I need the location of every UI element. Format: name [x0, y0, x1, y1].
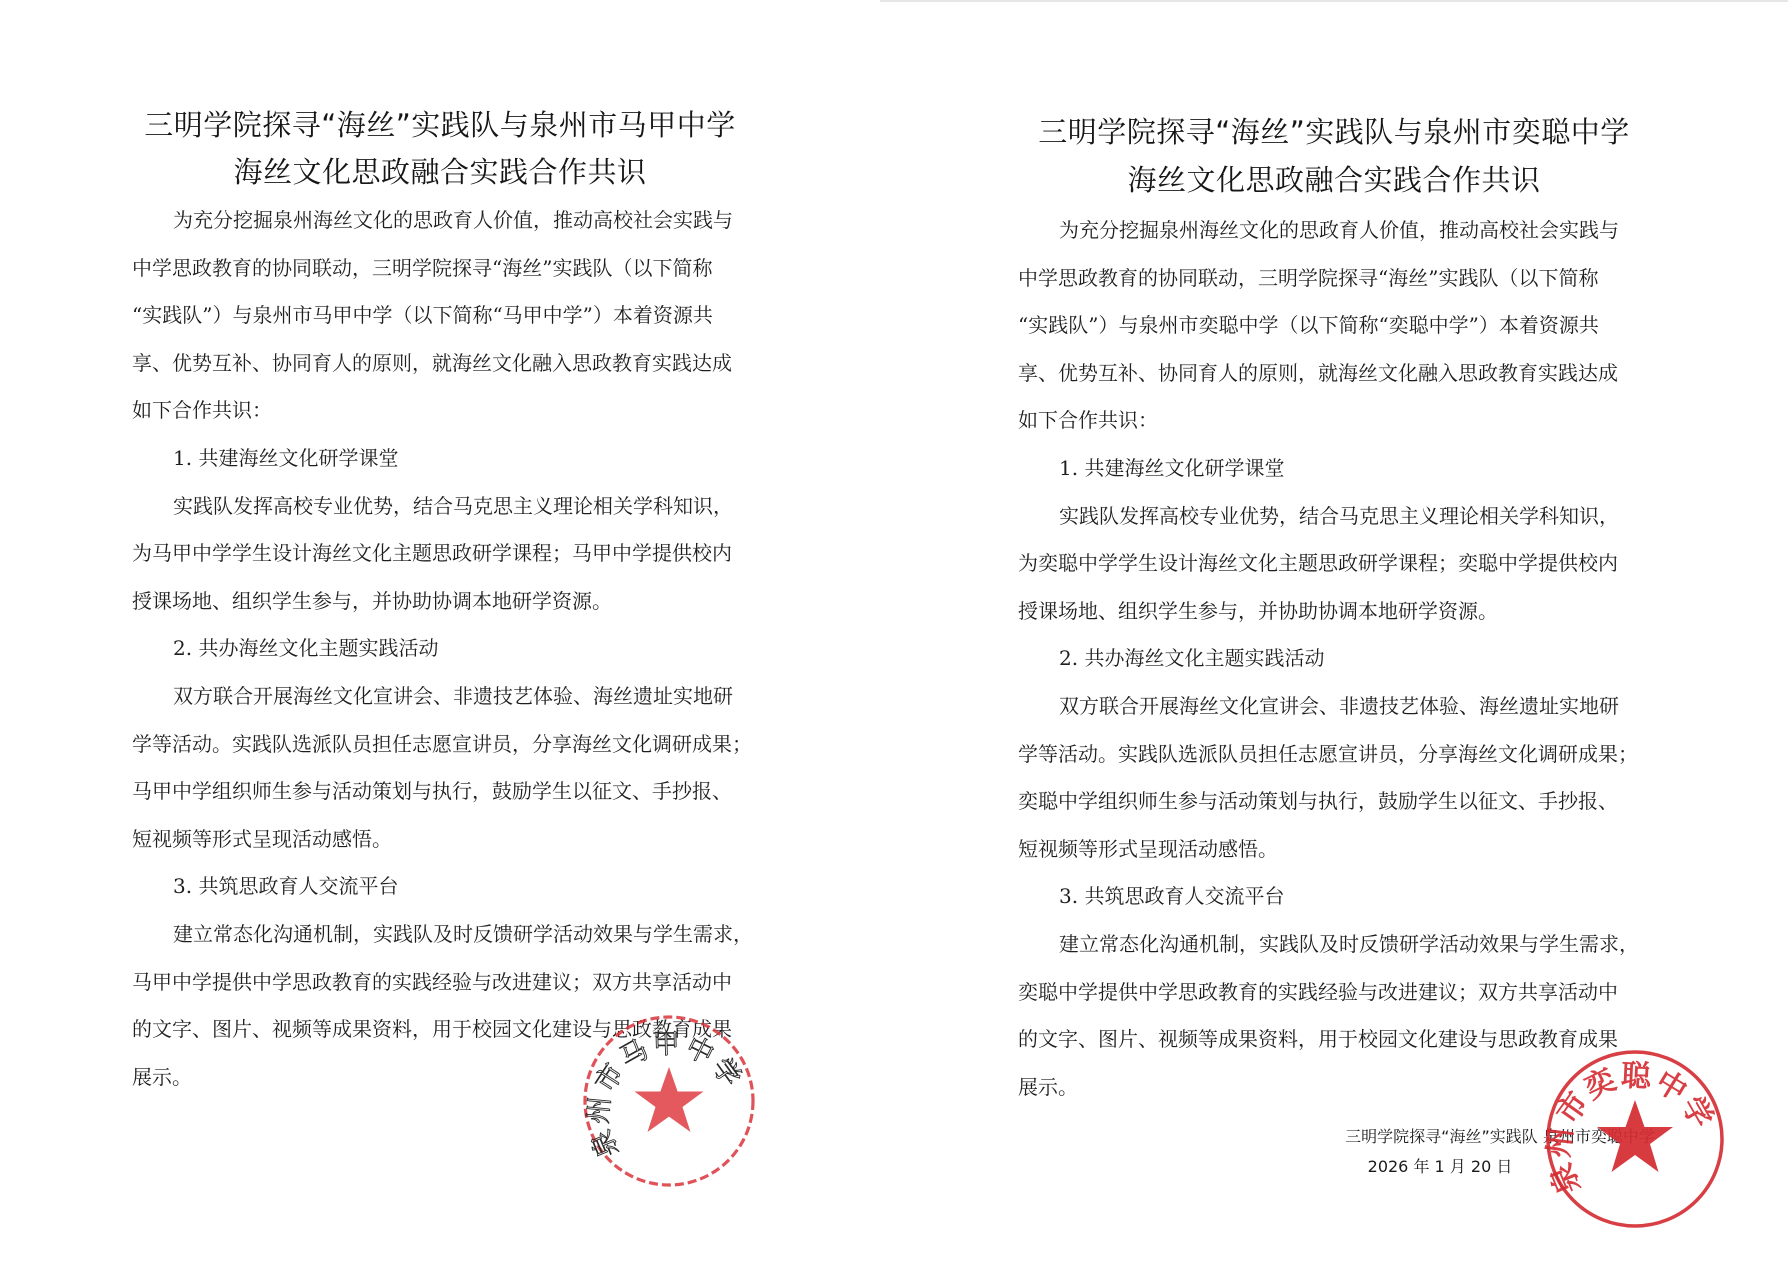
document-page-left: 三明学院探寻“海丝”实践队与泉州市马甲中学 海丝文化思政融合实践合作共识 为充分…: [0, 0, 880, 1280]
paragraph-line: 实践队发挥高校专业优势，结合马克思主义理论相关学科知识，: [1018, 493, 1668, 541]
paragraph-line: 享、优势互补、协同育人的原则，就海丝文化融入思政教育实践达成: [132, 340, 772, 388]
section-heading: 1. 共建海丝文化研学课堂: [132, 435, 772, 483]
seal-star-icon: [635, 1067, 704, 1132]
section-heading: 3. 共筑思政育人交流平台: [132, 863, 772, 911]
school-seal-majia: 泉州市马甲中学: [580, 1012, 758, 1190]
paragraph-line: 中学思政教育的协同联动，三明学院探寻“海丝”实践队（以下简称: [1018, 255, 1668, 303]
paragraph-line: 建立常态化沟通机制，实践队及时反馈研学活动效果与学生需求，: [1018, 921, 1668, 969]
paragraph-line: 授课场地、组织学生参与，并协助协调本地研学资源。: [1018, 588, 1668, 636]
section-heading: 3. 共筑思政育人交流平台: [1018, 873, 1668, 921]
paragraph-line: 学等活动。实践队选派队员担任志愿宣讲员，分享海丝文化调研成果；: [1018, 731, 1668, 779]
paragraph-line: 马甲中学组织师生参与活动策划与执行，鼓励学生以征文、手抄报、: [132, 768, 772, 816]
paragraph-line: 双方联合开展海丝文化宣讲会、非遗技艺体验、海丝遗址实地研: [132, 673, 772, 721]
paragraph-line: 为奕聪中学学生设计海丝文化主题思政研学课程；奕聪中学提供校内: [1018, 540, 1668, 588]
school-seal-yicong: 泉州市奕聪中学: [1544, 1048, 1726, 1230]
document-body: 为充分挖掘泉州海丝文化的思政育人价值，推动高校社会实践与中学思政教育的协同联动，…: [132, 197, 772, 1101]
paragraph-line: 奕聪中学提供中学思政教育的实践经验与改进建议；双方共享活动中: [1018, 969, 1668, 1017]
paragraph-line: 马甲中学提供中学思政教育的实践经验与改进建议；双方共享活动中: [132, 959, 772, 1007]
document-title-line1: 三明学院探寻“海丝”实践队与泉州市奕聪中学: [880, 112, 1788, 152]
section-heading: 2. 共办海丝文化主题实践活动: [132, 625, 772, 673]
paragraph-line: 授课场地、组织学生参与，并协助协调本地研学资源。: [132, 578, 772, 626]
paragraph-line: 如下合作共识：: [1018, 397, 1668, 445]
paragraph-line: 短视频等形式呈现活动感悟。: [1018, 826, 1668, 874]
paragraph-line: 如下合作共识：: [132, 387, 772, 435]
document-title-line2: 海丝文化思政融合实践合作共识: [0, 152, 880, 192]
paragraph-line: 双方联合开展海丝文化宣讲会、非遗技艺体验、海丝遗址实地研: [1018, 683, 1668, 731]
seal-star-icon: [1597, 1100, 1673, 1172]
paragraph-line: 为充分挖掘泉州海丝文化的思政育人价值，推动高校社会实践与: [132, 197, 772, 245]
paragraph-line: 实践队发挥高校专业优势，结合马克思主义理论相关学科知识，: [132, 483, 772, 531]
document-title-line1: 三明学院探寻“海丝”实践队与泉州市马甲中学: [0, 105, 880, 145]
document-title-line2: 海丝文化思政融合实践合作共识: [880, 160, 1788, 200]
paragraph-line: 中学思政教育的协同联动，三明学院探寻“海丝”实践队（以下简称: [132, 245, 772, 293]
paragraph-line: “实践队”）与泉州市马甲中学（以下简称“马甲中学”）本着资源共: [132, 292, 772, 340]
paragraph-line: 享、优势互补、协同育人的原则，就海丝文化融入思政教育实践达成: [1018, 350, 1668, 398]
paragraph-line: “实践队”）与泉州市奕聪中学（以下简称“奕聪中学”）本着资源共: [1018, 302, 1668, 350]
paragraph-line: 为充分挖掘泉州海丝文化的思政育人价值，推动高校社会实践与: [1018, 207, 1668, 255]
signature-date: 2026 年 1 月 20 日: [1320, 1154, 1560, 1177]
paragraph-line: 为马甲中学学生设计海丝文化主题思政研学课程；马甲中学提供校内: [132, 530, 772, 578]
section-heading: 2. 共办海丝文化主题实践活动: [1018, 635, 1668, 683]
paragraph-line: 奕聪中学组织师生参与活动策划与执行，鼓励学生以征文、手抄报、: [1018, 778, 1668, 826]
paragraph-line: 短视频等形式呈现活动感悟。: [132, 816, 772, 864]
section-heading: 1. 共建海丝文化研学课堂: [1018, 445, 1668, 493]
paragraph-line: 学等活动。实践队选派队员担任志愿宣讲员，分享海丝文化调研成果；: [132, 721, 772, 769]
document-page-right: 三明学院探寻“海丝”实践队与泉州市奕聪中学 海丝文化思政融合实践合作共识 为充分…: [880, 0, 1788, 1280]
paragraph-line: 建立常态化沟通机制，实践队及时反馈研学活动效果与学生需求，: [132, 911, 772, 959]
document-body: 为充分挖掘泉州海丝文化的思政育人价值，推动高校社会实践与中学思政教育的协同联动，…: [1018, 207, 1668, 1111]
